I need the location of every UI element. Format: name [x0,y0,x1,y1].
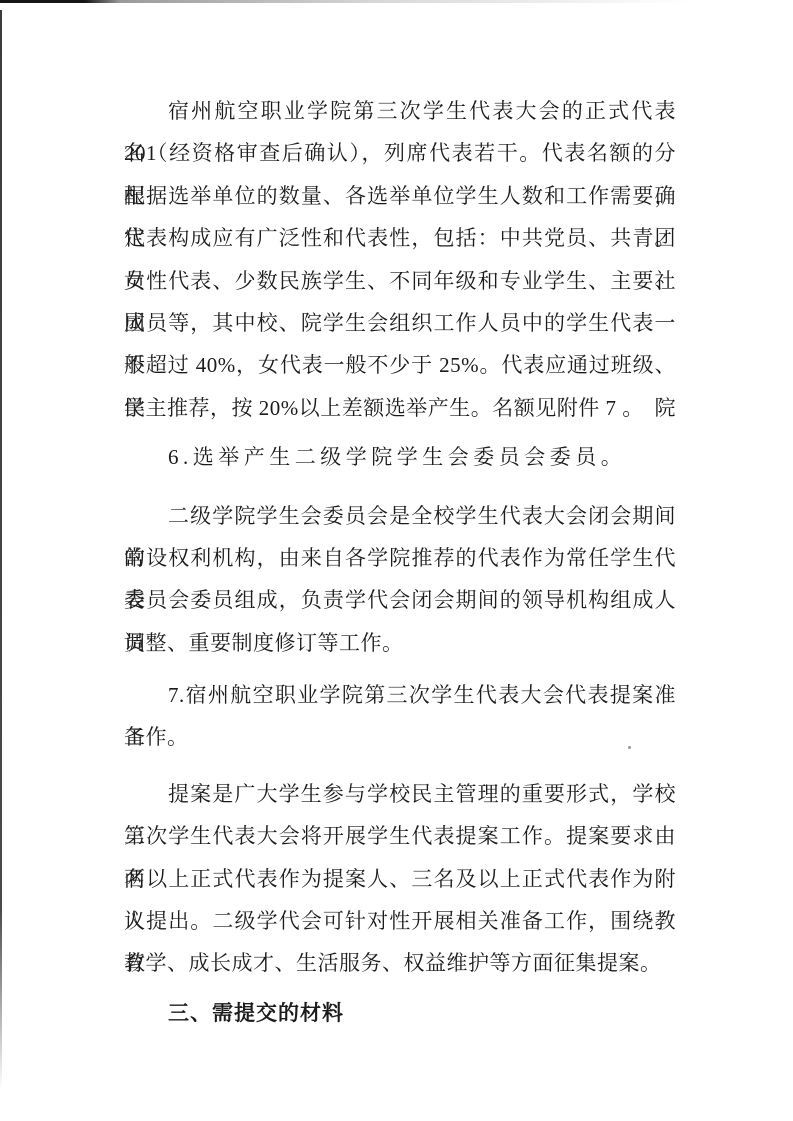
doc-line: 委员会委员组成，负责学代会闭会期间的领导机构组成人员 [124,579,676,621]
doc-line: 民主推荐，按 20%以上差额选举产生。名额见附件 7 。 [124,387,676,429]
doc-line: 教学、成长成才、生活服务、权益维护等方面征集提案。 [124,942,676,984]
paragraph: 提案是广大学生参与学校民主管理的重要形式，学校第三次学生代表大会将开展学生代表提… [124,773,676,985]
paragraph: 宿州航空职业学院第三次学生代表大会的正式代表 201名（经资格审查后确认），列席… [124,90,676,429]
document-page: 宿州航空职业学院第三次学生代表大会的正式代表 201名（经资格审查后确认），列席… [0,0,793,1121]
doc-line: 提案是广大学生参与学校民主管理的重要形式，学校第 [124,773,676,815]
paragraph: 6.选举产生二级学院学生会委员会委员。 [124,436,676,478]
doc-line: 调整、重要制度修订等工作。 [124,622,676,664]
doc-line: 名（经资格审查后确认），列席代表若干。代表名额的分配， [124,132,676,174]
doc-line: 宿州航空职业学院第三次学生代表大会的正式代表 201 [124,90,676,132]
scan-edge-left-artifact [0,10,2,1121]
document-text-block: 宿州航空职业学院第三次学生代表大会的正式代表 201名（经资格审查后确认），列席… [124,0,676,1034]
doc-line: 工作。 [124,716,676,758]
paragraph: 7.宿州航空职业学院第三次学生代表大会代表提案准备工作。 [124,674,676,759]
doc-line: 二级学院学生会委员会是全校学生代表大会闭会期间的 [124,495,676,537]
doc-line: 不超过 40%，女代表一般不少于 25%。代表应通过班级、学院 [124,344,676,386]
doc-line: 7.宿州航空职业学院第三次学生代表大会代表提案准备 [124,674,676,716]
doc-line: 根据选举单位的数量、各选举单位学生人数和工作需要确定。 [124,175,676,217]
doc-line: 三次学生代表大会将开展学生代表提案工作。提案要求由两 [124,815,676,857]
doc-line: 人提出。二级学代会可针对性开展相关准备工作，围绕教育 [124,900,676,942]
doc-line: 名以上正式代表作为提案人、三名及以上正式代表作为附议 [124,858,676,900]
doc-line: 成员等，其中校、院学生会组织工作人员中的学生代表一般 [124,302,676,344]
doc-line: 6.选举产生二级学院学生会委员会委员。 [124,436,676,478]
section-heading: 三、需提交的材料 [124,992,676,1034]
paragraph: 三、需提交的材料 [124,992,676,1034]
doc-line: 女性代表、少数民族学生、不同年级和专业学生、主要社团 [124,260,676,302]
doc-line: 常设权利机构，由来自各学院推荐的代表作为常任学生代表 [124,537,676,579]
doc-line: 代表构成应有广泛性和代表性，包括：中共党员、共青团员、 [124,217,676,259]
paragraph: 二级学院学生会委员会是全校学生代表大会闭会期间的常设权利机构，由来自各学院推荐的… [124,495,676,665]
